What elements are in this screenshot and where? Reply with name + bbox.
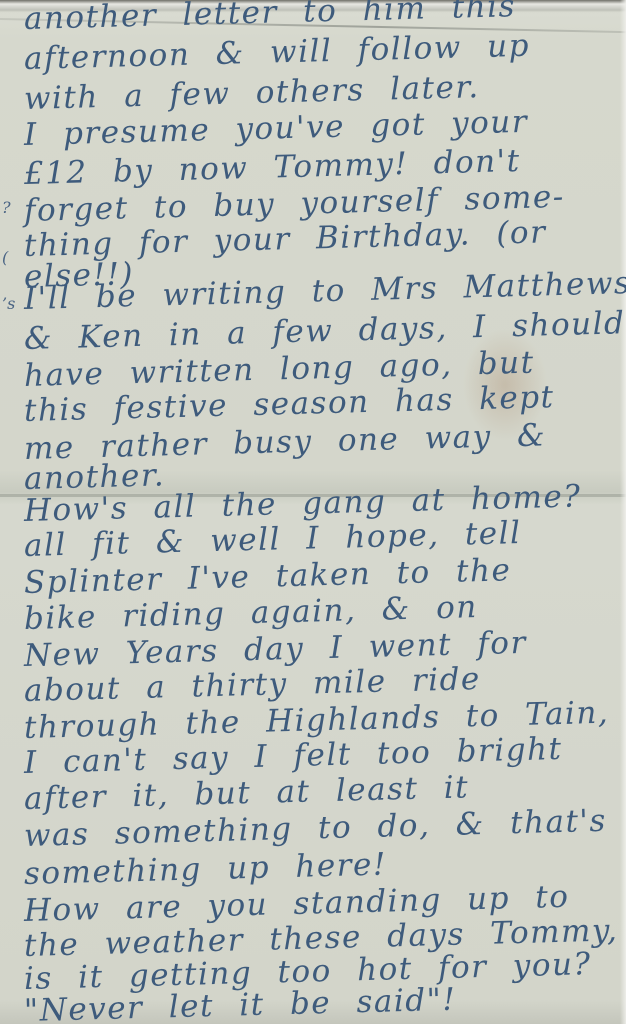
- handwritten-line: afternoon & will follow up: [24, 31, 531, 75]
- letter-page: another letter to him thisafternoon & wi…: [0, 0, 626, 1024]
- handwritten-line: & Ken in a few days, I should: [24, 308, 626, 355]
- handwritten-line: "Never let it be said"!: [24, 985, 457, 1024]
- margin-mark: (: [2, 248, 8, 267]
- margin-mark: ?: [2, 198, 11, 217]
- margin-mark: ’s: [2, 294, 15, 313]
- paper-right-edge: [620, 0, 626, 1024]
